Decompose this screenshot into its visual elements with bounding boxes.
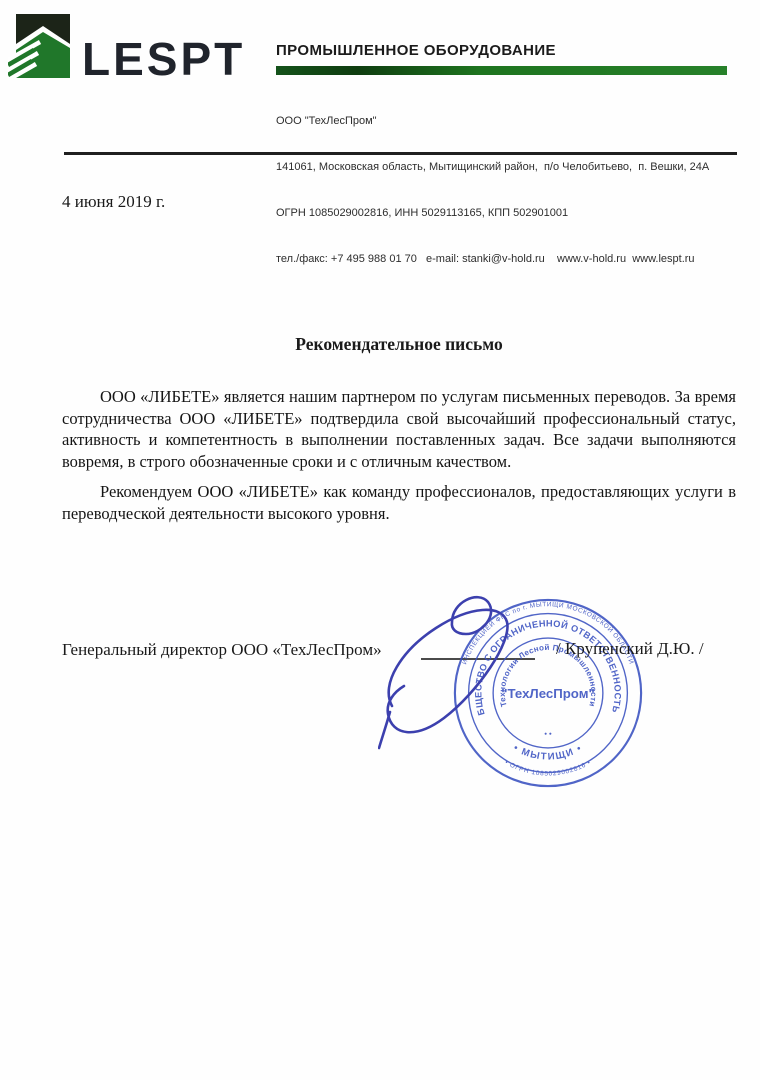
letterhead-divider xyxy=(64,152,737,155)
signature-role: Генеральный директор ООО «ТехЛесПром» xyxy=(62,640,382,660)
lespt-logo-icon xyxy=(8,12,72,80)
letter-paragraph: Рекомендуем ООО «ЛИБЕТЕ» как команду про… xyxy=(62,481,736,524)
letterhead-right: ПРОМЫШЛЕННОЕ ОБОРУДОВАНИЕ ООО "ТехЛесПро… xyxy=(276,42,728,299)
handwritten-signature xyxy=(378,588,536,753)
logo-wordmark: LESPT xyxy=(82,32,245,86)
letter-paragraph: ООО «ЛИБЕТЕ» является нашим партнером по… xyxy=(62,386,736,472)
company-address-line: 141061, Московская область, Мытищинский … xyxy=(276,160,728,175)
letterhead-tagline: ПРОМЫШЛЕННОЕ ОБОРУДОВАНИЕ xyxy=(276,42,728,59)
signature-name: / Крупенский Д.Ю. / xyxy=(556,639,704,659)
company-name-line: ООО "ТехЛесПром" xyxy=(276,114,728,129)
company-registration-line: ОГРН 1085029002816, ИНН 5029113165, КПП … xyxy=(276,206,728,221)
green-accent-bar xyxy=(276,66,727,75)
letter-page: LESPT ПРОМЫШЛЕННОЕ ОБОРУДОВАНИЕ ООО "Тех… xyxy=(0,0,760,1080)
company-details: ООО "ТехЛесПром" 141061, Московская обла… xyxy=(276,83,728,299)
company-contacts-line: тел./факс: +7 495 988 01 70 e-mail: stan… xyxy=(276,252,728,267)
svg-text:• ОГРН 1085029002816 •: • ОГРН 1085029002816 • xyxy=(504,759,593,778)
stamp-ring-inner-bottom: • • xyxy=(544,729,552,738)
stamp-ring-tiny-bottom: • ОГРН 1085029002816 • xyxy=(504,759,593,778)
letter-body: ООО «ЛИБЕТЕ» является нашим партнером по… xyxy=(62,386,736,524)
letter-date: 4 июня 2019 г. xyxy=(62,192,165,212)
letter-title: Рекомендательное письмо xyxy=(62,334,736,355)
svg-text:• •: • • xyxy=(544,729,552,738)
